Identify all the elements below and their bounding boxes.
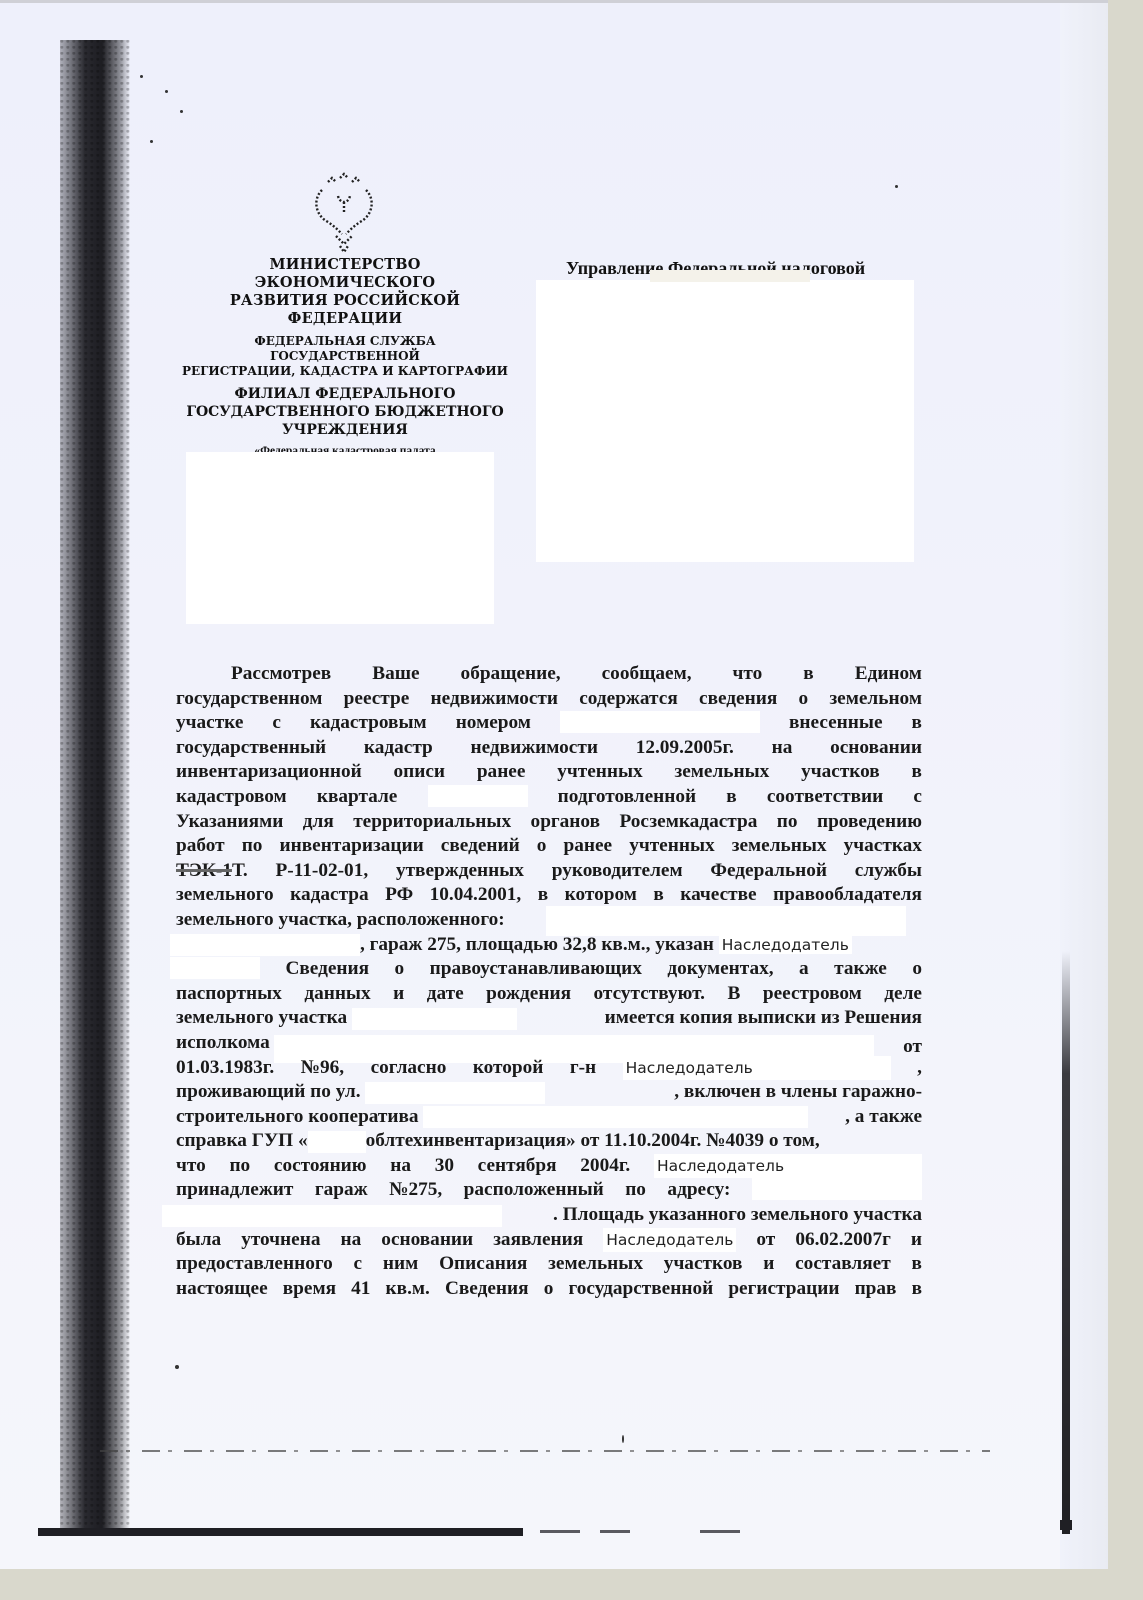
body-word: ранее — [564, 834, 613, 859]
body-word: недвижимости — [471, 736, 598, 761]
body-word: земельного участка — [176, 1007, 347, 1028]
body-line: государственныйкадастрнедвижимости12.09.… — [176, 736, 922, 761]
body-word: государственный — [176, 736, 326, 761]
scan-dotted-line — [100, 1450, 990, 1452]
body-word: расположенный — [464, 1178, 604, 1203]
redacted-region — [308, 1131, 366, 1153]
heir-placeholder: Наследодатель — [719, 936, 852, 954]
body-word: руководителем — [552, 859, 683, 884]
body-word: исполкома — [176, 1032, 270, 1053]
ministry-name: МИНИСТЕРСТВО ЭКОНОМИЧЕСКОГО РАЗВИТИЯ РОС… — [178, 256, 512, 328]
body-line: Сведенияоправоустанавливающихдокументах,… — [176, 957, 922, 982]
body-word: №275, — [389, 1178, 442, 1203]
scan-speck — [175, 1365, 179, 1369]
body-line: чтопосостояниюна30сентября2004г. Наследо… — [176, 1154, 922, 1179]
body-word: , гараж 275, площадью 32,8 кв.м., указан — [360, 934, 714, 955]
body-word: учтенных — [557, 760, 642, 785]
body-word: квартале — [317, 785, 398, 810]
body-word: была — [176, 1228, 221, 1253]
body-line: РассмотревВашеобращение,сообщаем,чтовЕди… — [176, 662, 922, 687]
body-word: составляет — [795, 1252, 891, 1277]
body-word: имеется копия выписки из Решения — [605, 1006, 922, 1031]
body-word: гараж — [315, 1178, 368, 1203]
body-word: с — [913, 785, 922, 810]
body-line: справка ГУП «облтехинвентаризация» от 11… — [176, 1129, 922, 1154]
body-line: участкескадастровымномером внесенныев — [176, 711, 922, 736]
body-word: сентября — [478, 1154, 557, 1179]
redacted-street — [365, 1082, 545, 1104]
body-word: проживающий по ул. — [176, 1081, 361, 1102]
body-word: земельного участка, расположенного: — [176, 909, 505, 930]
redacted-cadastral-number — [352, 1008, 517, 1030]
redacted-sender-details — [186, 452, 494, 624]
body-line: земельного участка, расположенного: — [176, 908, 922, 933]
scan-speck — [180, 110, 183, 113]
heir-placeholder: Наследодатель — [623, 1056, 891, 1081]
scan-shadow-right — [1062, 0, 1070, 1534]
scan-speck — [165, 90, 168, 93]
body-word: 06.02.2007г — [795, 1228, 891, 1253]
body-word: качестве — [680, 883, 756, 908]
scan-artifact — [700, 1530, 740, 1533]
body-line: былауточненанаоснованиизаявления Наследо… — [176, 1228, 922, 1253]
body-word: 30 — [435, 1154, 454, 1179]
body-word: в — [653, 883, 663, 908]
scan-shadow-corner — [1060, 1520, 1072, 1530]
body-word: земельных — [674, 760, 769, 785]
body-word: которой — [473, 1056, 544, 1081]
body-word: работ — [176, 834, 225, 859]
body-word: ранее — [477, 760, 526, 785]
body-word: ТЭК-1Т. — [176, 859, 248, 884]
body-word: инвентаризации — [280, 834, 424, 859]
body-word: уточнена — [241, 1228, 320, 1253]
body-word: Указаниями — [176, 810, 283, 835]
body-word: паспортных — [176, 982, 282, 1007]
body-word: подготовленной — [558, 785, 697, 810]
body-word: дате — [427, 982, 464, 1007]
body-word: и — [911, 1228, 922, 1253]
body-word: инвентаризационной — [176, 760, 362, 785]
body-word: а — [799, 957, 809, 982]
scan-speck — [895, 185, 898, 188]
body-word: в — [912, 711, 922, 736]
body-word: и — [393, 982, 404, 1007]
redacted-garage-address — [752, 1178, 922, 1200]
body-word: недвижимости — [431, 687, 558, 712]
body-line: , гараж 275, площадью 32,8 кв.м., указан… — [176, 933, 922, 958]
body-word: в — [911, 1252, 921, 1277]
body-word: по — [229, 1154, 250, 1179]
body-word: обращение, — [461, 662, 561, 687]
body-word: земельных — [732, 834, 827, 859]
scan-speck — [140, 75, 143, 78]
body-word: , а также — [845, 1105, 922, 1130]
scan-speck — [150, 140, 153, 143]
body-word: , включен в члены гаражно- — [674, 1080, 922, 1105]
body-word: на — [772, 736, 793, 761]
body-word: котором — [565, 883, 637, 908]
body-word: 10.04.2001, — [430, 883, 522, 908]
body-line: работпоинвентаризациисведенийоранееучтен… — [176, 834, 922, 859]
scan-artifact — [540, 1530, 580, 1533]
body-word: земельном — [829, 687, 922, 712]
body-word: 2004г. — [580, 1154, 630, 1179]
body-word: время — [283, 1277, 336, 1302]
body-word: №96, — [301, 1056, 344, 1081]
body-word: Росземкадастра — [619, 810, 757, 835]
body-word: с — [354, 1252, 363, 1277]
body-word: сведений — [441, 834, 520, 859]
body-word: облтехинвентаризация» от 11.10.2004г. №4… — [366, 1130, 820, 1151]
body-word: в — [912, 1277, 922, 1302]
body-word: данных — [304, 982, 370, 1007]
body-word: . Площадь указанного земельного участка — [553, 1203, 922, 1228]
body-word: кадастра — [290, 883, 368, 908]
body-word: проведению — [817, 810, 922, 835]
body-word: справка ГУП «облтехинвентаризация» от 11… — [176, 1129, 820, 1154]
body-line: настоящеевремя41кв.м.Сведенияогосударств… — [176, 1277, 922, 1302]
branch-name: ФИЛИАЛ ФЕДЕРАЛЬНОГО ГОСУДАРСТВЕННОГО БЮД… — [178, 385, 512, 439]
body-word: участках — [844, 834, 922, 859]
body-line: . Площадь указанного земельного участка — [176, 1203, 922, 1228]
body-word: Описания — [439, 1252, 527, 1277]
body-word: строительного кооператива — [176, 1106, 419, 1127]
scan-artifact — [600, 1530, 630, 1533]
body-word: учтенных — [629, 834, 714, 859]
body-word: основании — [830, 736, 922, 761]
body-word: кадастр — [364, 736, 433, 761]
body-line: государственномреестренедвижимостисодерж… — [176, 687, 922, 712]
body-word: ним — [383, 1252, 418, 1277]
body-word: по — [777, 810, 798, 835]
body-word: с — [272, 711, 281, 736]
body-word: В — [728, 982, 741, 1007]
body-word: в — [803, 662, 813, 687]
redacted-cadastral-number — [560, 711, 760, 733]
body-word: ТЭК-1 — [176, 860, 232, 881]
body-word: о — [544, 1277, 554, 1302]
body-word: также — [834, 957, 887, 982]
body-word: описи — [394, 760, 446, 785]
service-name: ФЕДЕРАЛЬНАЯ СЛУЖБА ГОСУДАРСТВЕННОЙ РЕГИС… — [178, 334, 512, 379]
scan-shadow-left — [60, 40, 130, 1530]
body-word: правообладателя — [773, 883, 922, 908]
body-word: на — [390, 1154, 411, 1179]
body-line: исполкома от — [176, 1031, 922, 1056]
body-word: согласно — [371, 1056, 447, 1081]
redacted-cooperative — [423, 1106, 808, 1128]
body-line: проживающий по ул. , включен в члены гар… — [176, 1080, 922, 1105]
body-line: инвентаризационнойописиранееучтенныхземе… — [176, 760, 922, 785]
redacted-address-cont — [170, 934, 360, 956]
body-word: территориальных — [353, 810, 511, 835]
body-word: 01.03.1983г. — [176, 1056, 274, 1081]
body-word: что — [176, 1154, 206, 1179]
body-word: по — [242, 834, 263, 859]
body-word: кадастровым — [310, 711, 427, 736]
body-word: кадастровом — [176, 785, 287, 810]
body-word: Сведения — [445, 1277, 529, 1302]
body-word: внесенные — [789, 711, 883, 736]
body-word: для — [303, 810, 334, 835]
body-line: паспортныхданныхидатерожденияотсутствуют… — [176, 982, 922, 1007]
body-word: , — [917, 1056, 922, 1081]
body-word: органов — [531, 810, 600, 835]
body-word: основании — [381, 1228, 473, 1253]
body-word: заявления — [493, 1228, 583, 1253]
body-word: от — [756, 1228, 775, 1253]
body-word: настоящее — [176, 1277, 268, 1302]
body-word: адресу: — [667, 1178, 730, 1203]
body-word: утвержденных — [396, 859, 524, 884]
body-word: РФ — [385, 883, 413, 908]
body-word: по — [625, 1178, 646, 1203]
body-word: службы — [855, 859, 922, 884]
body-line: предоставленногоснимОписанияземельныхуча… — [176, 1252, 922, 1277]
body-word: Ваше — [372, 662, 419, 687]
redacted-garage-address-cont — [162, 1205, 502, 1227]
body-word: 12.09.2005г. — [636, 736, 734, 761]
redacted-name-cont — [170, 957, 260, 979]
body-word: кв.м. — [386, 1277, 430, 1302]
body-word: в — [912, 760, 922, 785]
body-word: Федеральной — [710, 859, 827, 884]
coat-of-arms-icon — [308, 172, 380, 252]
body-word: государственном — [176, 687, 322, 712]
body-word: содержатся — [579, 687, 678, 712]
heir-placeholder: Наследодатель — [654, 1154, 922, 1179]
body-word: правоустанавливающих — [430, 957, 642, 982]
body-word: принадлежит — [176, 1178, 293, 1203]
body-line: принадлежитгараж№275,расположенныйпоадре… — [176, 1178, 922, 1203]
heir-placeholder: Наследодатель — [603, 1228, 736, 1253]
body-word: номером — [456, 711, 531, 736]
redacted-cadastral-quarter — [428, 785, 528, 807]
letter-body: РассмотревВашеобращение,сообщаем,чтовЕди… — [176, 662, 922, 1301]
body-word: и — [763, 1252, 774, 1277]
body-word: документах, — [667, 957, 773, 982]
body-word: соответствии — [767, 785, 883, 810]
body-word: реестровом — [763, 982, 862, 1007]
body-word: прав — [855, 1277, 897, 1302]
body-word: Едином — [855, 662, 922, 687]
redacted-recipient-details — [536, 280, 914, 562]
body-word: участков — [801, 760, 880, 785]
body-word: земельного — [176, 883, 274, 908]
body-word: в — [726, 785, 736, 810]
body-word: о — [395, 957, 405, 982]
body-line: 01.03.1983г.№96,согласнокоторойг-н Насле… — [176, 1056, 922, 1081]
body-word: на — [341, 1228, 362, 1253]
body-word: рождения — [486, 982, 571, 1007]
body-word: Т. — [232, 860, 248, 881]
body-word: деле — [884, 982, 922, 1007]
body-word: Р-11-02-01, — [276, 859, 369, 884]
body-word: о — [912, 957, 922, 982]
body-word: что — [733, 662, 763, 687]
body-line: кадастровомквартале подготовленнойвсоотв… — [176, 785, 922, 810]
body-word: справка ГУП « — [176, 1130, 308, 1151]
body-word: Рассмотрев — [231, 662, 331, 687]
body-word: о — [799, 687, 809, 712]
redacted-address — [546, 906, 906, 936]
body-line: строительного кооператива , а также — [176, 1105, 922, 1130]
body-word: участков — [664, 1252, 743, 1277]
body-word: сообщаем, — [602, 662, 692, 687]
scan-shadow-bottom — [38, 1528, 523, 1536]
body-word: земельных — [548, 1252, 643, 1277]
body-line: земельного участка имеется копия выписки… — [176, 1006, 922, 1031]
body-word: участке — [176, 711, 243, 736]
scan-speck — [622, 1435, 624, 1443]
body-word: г-н — [570, 1056, 596, 1081]
body-word: отсутствуют. — [594, 982, 706, 1007]
body-word: регистрации — [728, 1277, 839, 1302]
body-word: состоянию — [274, 1154, 367, 1179]
body-line: земельногокадастраРФ10.04.2001,вкоторомв… — [176, 883, 922, 908]
body-word: в — [538, 883, 548, 908]
body-word: реестре — [344, 687, 410, 712]
body-line: ТЭК-1Т.Р-11-02-01,утвержденныхруководите… — [176, 859, 922, 884]
redacted-recipient-overlap — [650, 270, 810, 282]
body-word: сведения — [699, 687, 777, 712]
body-word: предоставленного — [176, 1252, 333, 1277]
body-word: 41 — [351, 1277, 370, 1302]
body-word: государственной — [568, 1277, 713, 1302]
body-word: о — [537, 834, 547, 859]
body-line: УказаниямидлятерриториальныхоргановРосзе… — [176, 810, 922, 835]
body-word: Сведения — [285, 957, 369, 982]
